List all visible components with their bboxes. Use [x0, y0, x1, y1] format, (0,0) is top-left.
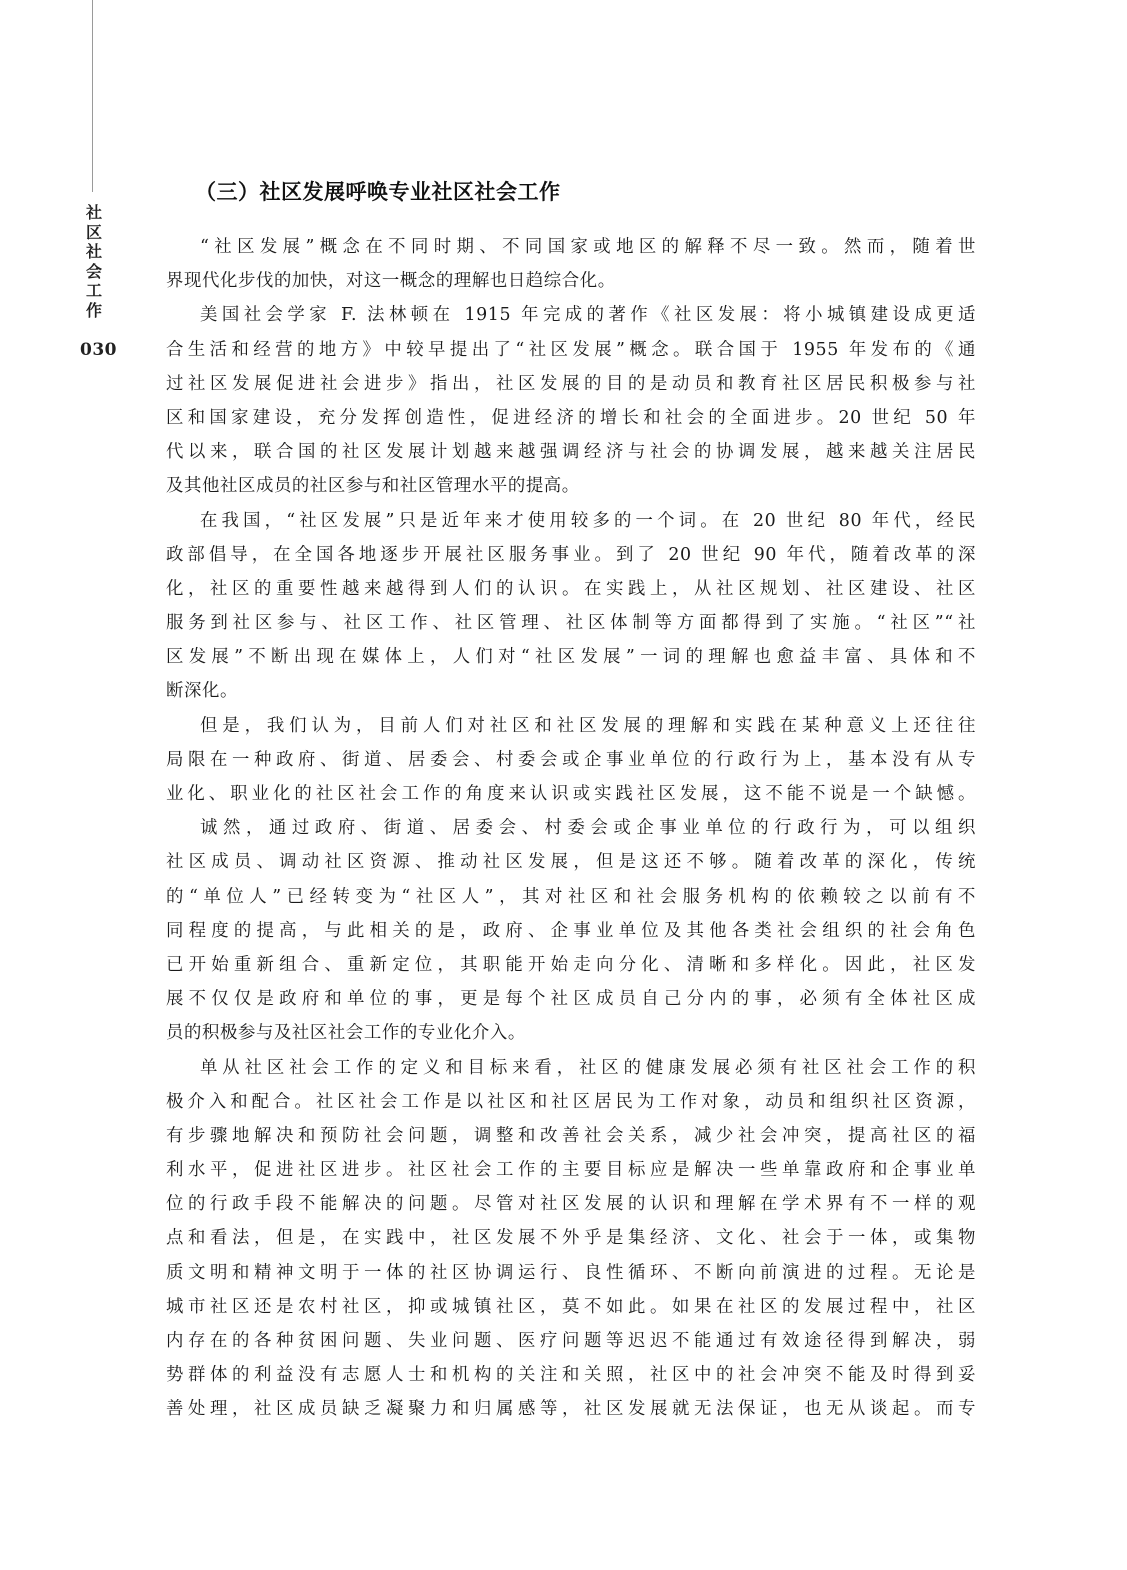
- paragraph-line: 代以来，联合国的社区发展计划越来越强调经济与社会的协调发展，越来越关注居民: [166, 435, 976, 469]
- running-head-char: 会: [83, 262, 105, 282]
- paragraph-line: 质文明和精神文明于一体的社区协调运行、良性循环、不断向前演进的过程。无论是: [166, 1256, 976, 1290]
- paragraph-line: 区和国家建设，充分发挥创造性，促进经济的增长和社会的全面进步。20 世纪 50 …: [166, 401, 976, 435]
- paragraph-line: 在我国，“社区发展”只是近年来才使用较多的一个词。在 20 世纪 80 年代，经…: [166, 504, 976, 538]
- paragraph-line: 美国社会学家 F. 法林顿在 1915 年完成的著作《社区发展：将小城镇建设成更…: [166, 298, 976, 332]
- body-text: “社区发展”概念在不同时期、不同国家或地区的解释不尽一致。然而，随着世 界现代化…: [166, 230, 976, 1427]
- paragraph-line: 位的行政手段不能解决的问题。尽管对社区发展的认识和理解在学术界有不一样的观: [166, 1187, 976, 1221]
- paragraph-line: 内存在的各种贫困问题、失业问题、医疗问题等迟迟不能通过有效途径得到解决，弱: [166, 1324, 976, 1358]
- running-head-char: 社: [83, 242, 105, 262]
- paragraph-line: 及其他社区成员的社区参与和社区管理水平的提高。: [166, 469, 976, 503]
- paragraph-line: 化，社区的重要性越来越得到人们的认识。在实践上，从社区规划、社区建设、社区: [166, 572, 976, 606]
- paragraph-line: 势群体的利益没有志愿人士和机构的关注和关照，社区中的社会冲突不能及时得到妥: [166, 1358, 976, 1392]
- paragraph-line: 极介入和配合。社区社会工作是以社区和社区居民为工作对象，动员和组织社区资源，: [166, 1085, 976, 1119]
- paragraph-line: 区发展”不断出现在媒体上，人们对“社区发展”一词的理解也愈益丰富、具体和不: [166, 640, 976, 674]
- paragraph-line: 城市社区还是农村社区，抑或城镇社区，莫不如此。如果在社区的发展过程中，社区: [166, 1290, 976, 1324]
- paragraph-line: 利水平，促进社区进步。社区社会工作的主要目标应是解决一些单靠政府和企事业单: [166, 1153, 976, 1187]
- page-number: 030: [80, 340, 117, 360]
- paragraph-line: 服务到社区参与、社区工作、社区管理、社区体制等方面都得到了实施。“社区”“社: [166, 606, 976, 640]
- running-head-char: 作: [83, 301, 105, 321]
- paragraph-line: 合生活和经营的地方》中较早提出了“社区发展”概念。联合国于 1955 年发布的《…: [166, 333, 976, 367]
- paragraph-line: 已开始重新组合、重新定位，其职能开始走向分化、清晰和多样化。因此，社区发: [166, 948, 976, 982]
- paragraph-line: 员的积极参与及社区社会工作的专业化介入。: [166, 1016, 976, 1050]
- paragraph-line: 但是，我们认为，目前人们对社区和社区发展的理解和实践在某种意义上还往往: [166, 709, 976, 743]
- paragraph-line: 展不仅仅是政府和单位的事，更是每个社区成员自己分内的事，必须有全体社区成: [166, 982, 976, 1016]
- paragraph-line: “社区发展”概念在不同时期、不同国家或地区的解释不尽一致。然而，随着世: [166, 230, 976, 264]
- paragraph-line: 业化、职业化的社区社会工作的角度来认识或实践社区发展，这不能不说是一个缺憾。: [166, 777, 976, 811]
- running-head-book-title: 社 区 社 会 工 作: [83, 203, 105, 320]
- running-head-char: 区: [83, 223, 105, 243]
- paragraph-line: 善处理，社区成员缺乏凝聚力和归属感等，社区发展就无法保证，也无从谈起。而专: [166, 1392, 976, 1426]
- paragraph-line: 社区成员、调动社区资源、推动社区发展，但是这还不够。随着改革的深化，传统: [166, 845, 976, 879]
- paragraph-line: 的“单位人”已经转变为“社区人”，其对社区和社会服务机构的依赖较之以前有不: [166, 880, 976, 914]
- paragraph-line: 过社区发展促进社会进步》指出，社区发展的目的是动员和教育社区居民积极参与社: [166, 367, 976, 401]
- paragraph-line: 有步骤地解决和预防社会问题，调整和改善社会关系，减少社会冲突，提高社区的福: [166, 1119, 976, 1153]
- paragraph-line: 诚然，通过政府、街道、居委会、村委会或企事业单位的行政行为，可以组织: [166, 811, 976, 845]
- section-heading: （三）社区发展呼唤专业社区社会工作: [195, 176, 561, 206]
- paragraph-line: 同程度的提高，与此相关的是，政府、企事业单位及其他各类社会组织的社会角色: [166, 914, 976, 948]
- running-head-char: 社: [83, 203, 105, 223]
- running-head-char: 工: [83, 281, 105, 301]
- paragraph-line: 断深化。: [166, 674, 976, 708]
- paragraph-line: 点和看法，但是，在实践中，社区发展不外乎是集经济、文化、社会于一体，或集物: [166, 1221, 976, 1255]
- paragraph-line: 政部倡导，在全国各地逐步开展社区服务事业。到了 20 世纪 90 年代，随着改革…: [166, 538, 976, 572]
- paragraph-line: 单从社区社会工作的定义和目标来看，社区的健康发展必须有社区社会工作的积: [166, 1051, 976, 1085]
- paragraph-line: 局限在一种政府、街道、居委会、村委会或企事业单位的行政行为上，基本没有从专: [166, 743, 976, 777]
- paragraph-line: 界现代化步伐的加快，对这一概念的理解也日趋综合化。: [166, 264, 976, 298]
- margin-rule: [92, 0, 93, 192]
